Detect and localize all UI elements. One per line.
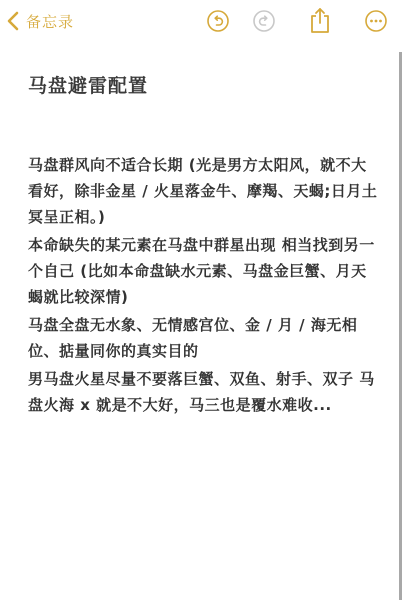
- note-editor[interactable]: 马盘避雷配置 马盘群风向不适合长期 (光是男方太阳风，就不大看好，除非金星 / …: [28, 70, 380, 420]
- note-title[interactable]: 马盘避雷配置: [28, 70, 380, 102]
- undo-button[interactable]: [206, 9, 230, 33]
- note-paragraph[interactable]: 马盘全盘无水象、无情感宫位、金 / 月 / 海无相位、掂量同你的真实目的: [28, 312, 380, 364]
- navigation-bar: 备忘录: [0, 0, 405, 44]
- back-label: 备忘录: [26, 11, 74, 32]
- note-paragraph[interactable]: 马盘群风向不适合长期 (光是男方太阳风，就不大看好，除非金星 / 火星落金牛、摩…: [28, 152, 380, 230]
- back-button[interactable]: 备忘录: [6, 8, 74, 34]
- note-paragraph[interactable]: 男马盘火星尽量不要落巨蟹、双鱼、射手、双子 马盘火海 x 就是不大好，马三也是覆…: [28, 366, 380, 418]
- more-icon: [364, 9, 388, 33]
- share-icon: [308, 6, 332, 34]
- note-content[interactable]: 马盘群风向不适合长期 (光是男方太阳风，就不大看好，除非金星 / 火星落金牛、摩…: [28, 152, 380, 418]
- note-paragraph[interactable]: 本命缺失的某元素在马盘中群星出现 相当找到另一个自己 (比如本命盘缺水元素、马盘…: [28, 232, 380, 310]
- redo-button[interactable]: [252, 9, 276, 33]
- share-button[interactable]: [308, 6, 332, 34]
- vertical-scrollbar[interactable]: [399, 52, 402, 600]
- redo-icon: [252, 9, 276, 33]
- undo-icon: [206, 9, 230, 33]
- more-button[interactable]: [364, 9, 388, 33]
- chevron-left-icon: [6, 10, 20, 32]
